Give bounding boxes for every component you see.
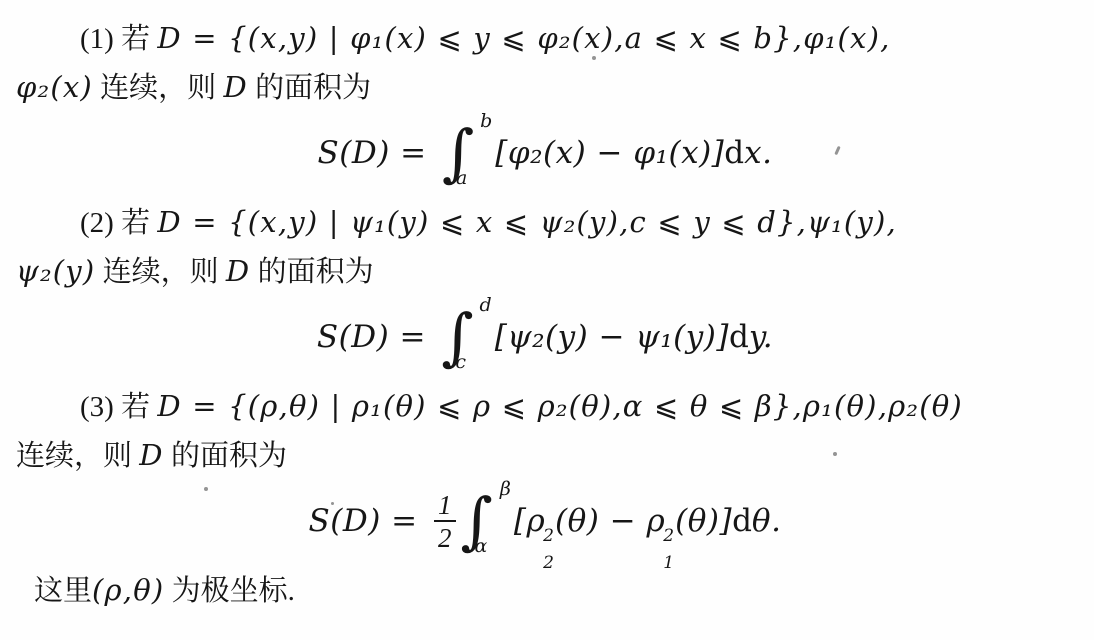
region-d-symbol: D bbox=[139, 438, 163, 472]
scan-speck bbox=[833, 452, 837, 456]
formula-1-lhs: S(D) = bbox=[318, 135, 437, 171]
formula-area-polar: S(D) = 12∫βα[ρ22(θ) − ρ21(θ)]dθ. bbox=[16, 482, 1074, 564]
paragraph-3-line-1: (3) 若 D = {(ρ,θ) | ρ₁(θ) ⩽ ρ ⩽ ρ₂(θ),α ⩽… bbox=[16, 382, 1074, 431]
scan-speck bbox=[592, 56, 596, 60]
continuous-then-text: 连续，则 bbox=[95, 256, 226, 288]
region-d-symbol: D bbox=[223, 70, 247, 104]
rho2-squared-scripts: 22 bbox=[543, 528, 554, 572]
case-3-label: (3) 若 bbox=[80, 391, 157, 423]
formula-area-x: S(D) = ∫ba[φ₂(x) − φ₁(x)]dx. bbox=[16, 114, 1074, 196]
polar-note-line: 这里(ρ,θ) 为极坐标. bbox=[16, 566, 1074, 615]
integral-lower-bound: c bbox=[455, 353, 466, 372]
superscript-2: 2 bbox=[663, 528, 674, 545]
open-bracket: [ bbox=[514, 503, 527, 539]
paragraph-2-line-2: ψ₂(y) 连续，则 D 的面积为 bbox=[16, 247, 1074, 296]
area-is-text: 的面积为 bbox=[164, 440, 287, 472]
formula-2-lhs: S(D) = bbox=[317, 319, 436, 355]
continuous-then-text: 连续，则 bbox=[93, 72, 224, 104]
polar-pair-symbol: (ρ,θ) bbox=[92, 573, 164, 607]
fraction-numerator: 1 bbox=[434, 490, 456, 522]
integral-lower-bound: α bbox=[475, 537, 488, 556]
formula-3-middle: (θ) − bbox=[555, 503, 647, 539]
area-is-text: 的面积为 bbox=[250, 256, 373, 288]
here-text: 这里 bbox=[34, 575, 92, 607]
formula-3-variable: θ. bbox=[752, 503, 782, 539]
integral-lower-bound: a bbox=[456, 169, 467, 188]
subscript-1: 1 bbox=[663, 555, 674, 572]
phi2-term: φ₂(x) bbox=[16, 70, 93, 104]
formula-1-variable: x. bbox=[744, 135, 772, 171]
scan-speck bbox=[204, 487, 208, 491]
differential-d: d bbox=[724, 135, 744, 171]
integral-upper-bound: d bbox=[480, 296, 492, 315]
psi2-term: ψ₂(y) bbox=[16, 254, 95, 288]
subscript-2: 2 bbox=[543, 555, 554, 572]
paragraph-1-line-1: (1) 若 D = {(x,y) | φ₁(x) ⩽ y ⩽ φ₂(x),a ⩽… bbox=[16, 14, 1074, 63]
fraction-denominator: 2 bbox=[438, 522, 452, 553]
differential-d: d bbox=[732, 503, 752, 539]
formula-area-y: S(D) = ∫dc[ψ₂(y) − ψ₁(y)]dy. bbox=[16, 298, 1074, 380]
scan-speck bbox=[331, 502, 334, 505]
superscript-2: 2 bbox=[543, 528, 554, 545]
formula-3-lhs: S(D) = bbox=[309, 503, 428, 539]
case-1-label: (1) 若 bbox=[80, 23, 157, 55]
paragraph-3-line-2: 连续，则 D 的面积为 bbox=[16, 431, 1074, 480]
integral-upper-bound: b bbox=[480, 112, 492, 131]
differential-d: d bbox=[729, 319, 749, 355]
formula-1-integrand: [φ₂(x) − φ₁(x)] bbox=[495, 135, 724, 171]
case-2-set-definition: D = {(x,y) | ψ₁(y) ⩽ x ⩽ ψ₂(y),c ⩽ y ⩽ d… bbox=[157, 205, 897, 239]
formula-2-variable: y. bbox=[749, 319, 773, 355]
is-polar-coordinates-text: 为极坐标. bbox=[164, 575, 295, 607]
integral-3: ∫βα bbox=[459, 484, 513, 558]
close-bracket: (θ)] bbox=[675, 503, 732, 539]
paragraph-2-line-1: (2) 若 D = {(x,y) | ψ₁(y) ⩽ x ⩽ ψ₂(y),c ⩽… bbox=[16, 198, 1074, 247]
formula-2-integrand: [ψ₂(y) − ψ₁(y)] bbox=[495, 319, 729, 355]
continuous-then-text: 连续，则 bbox=[16, 440, 139, 472]
region-d-symbol: D bbox=[226, 254, 250, 288]
textbook-page: (1) 若 D = {(x,y) | φ₁(x) ⩽ y ⩽ φ₂(x),a ⩽… bbox=[0, 0, 1094, 615]
integral-upper-bound: β bbox=[500, 480, 511, 499]
case-1-set-definition: D = {(x,y) | φ₁(x) ⩽ y ⩽ φ₂(x),a ⩽ x ⩽ b… bbox=[157, 21, 890, 55]
fraction-one-half: 12 bbox=[434, 490, 456, 553]
area-is-text: 的面积为 bbox=[248, 72, 371, 104]
case-3-set-definition: D = {(ρ,θ) | ρ₁(θ) ⩽ ρ ⩽ ρ₂(θ),α ⩽ θ ⩽ β… bbox=[157, 389, 963, 423]
paragraph-1-line-2: φ₂(x) 连续，则 D 的面积为 bbox=[16, 63, 1074, 112]
case-2-label: (2) 若 bbox=[80, 207, 157, 239]
integral-1: ∫ba bbox=[440, 116, 494, 190]
rho1-squared-scripts: 21 bbox=[663, 528, 674, 572]
integral-2: ∫dc bbox=[439, 300, 493, 374]
